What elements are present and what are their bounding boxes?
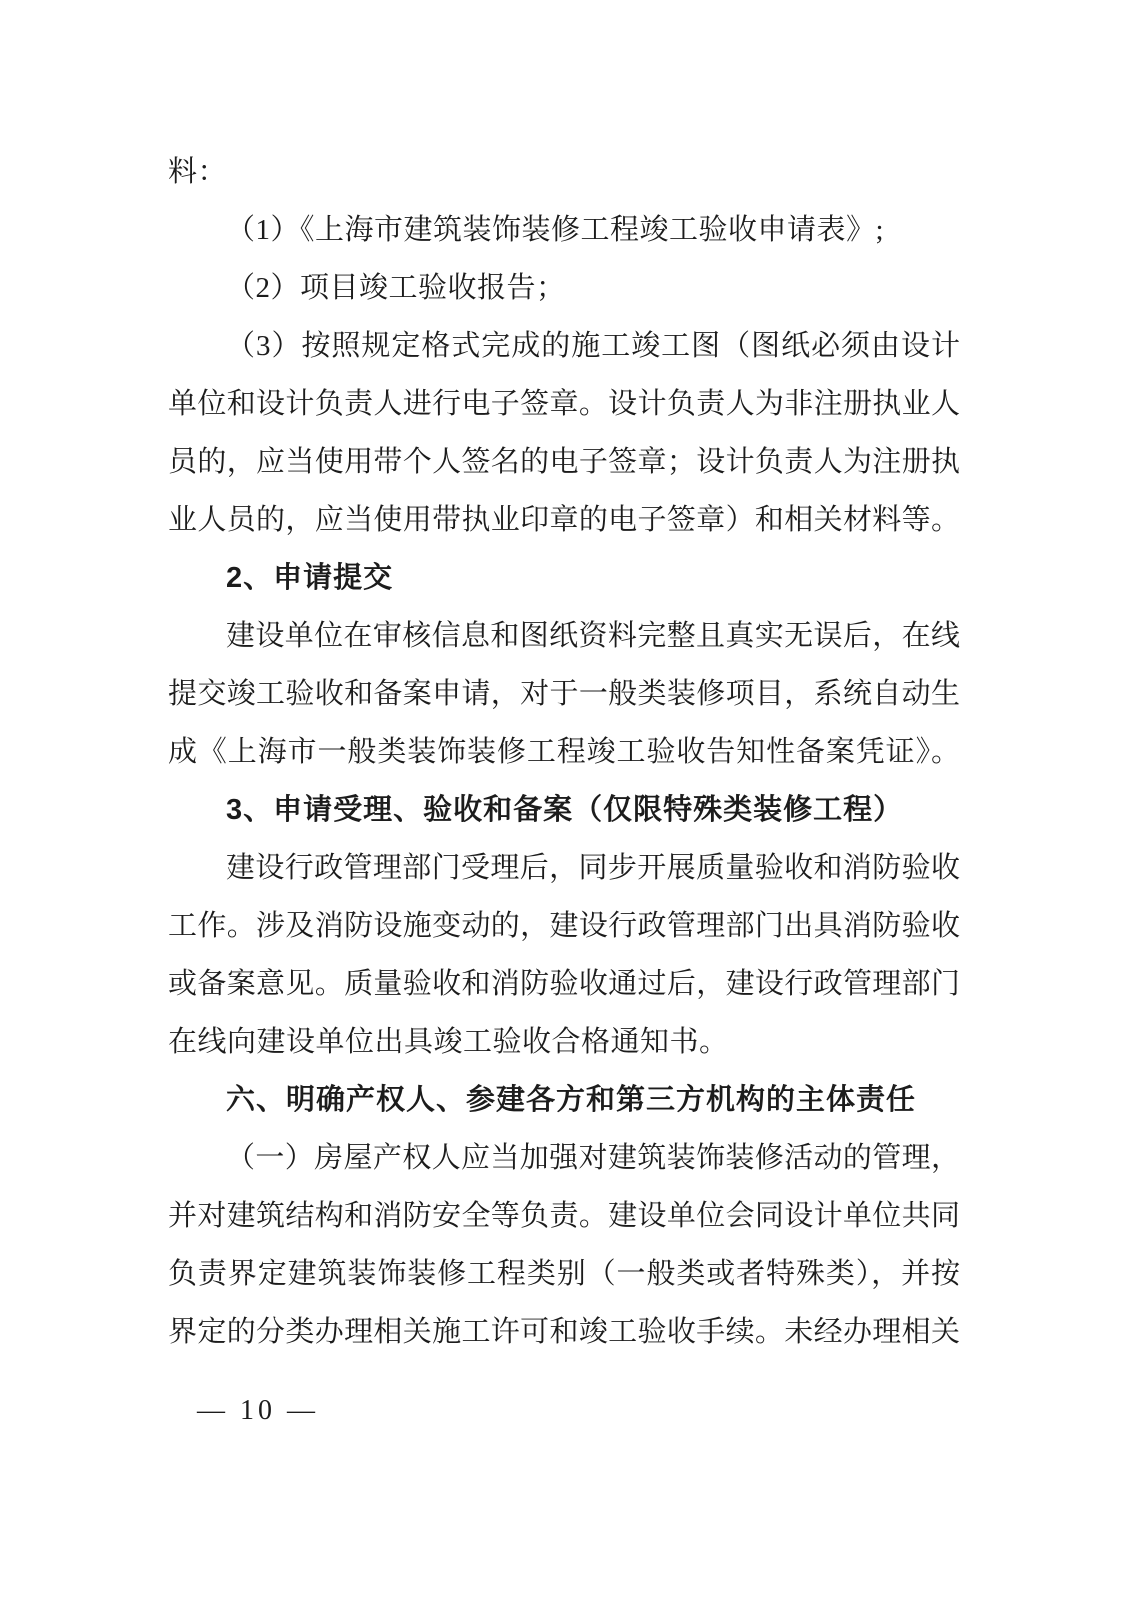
body-line: 在线向建设单位出具竣工验收合格通知书。: [168, 1013, 960, 1071]
body-line: 料：: [168, 143, 960, 201]
list-item-line: （2）项目竣工验收报告；: [168, 259, 960, 317]
body-line: 负责界定建筑装饰装修工程类别（一般类或者特殊类），并按: [168, 1245, 960, 1303]
body-line: 单位和设计负责人进行电子签章。设计负责人为非注册执业人: [168, 375, 960, 433]
body-line: 界定的分类办理相关施工许可和竣工验收手续。未经办理相关: [168, 1303, 960, 1361]
body-line: 提交竣工验收和备案申请，对于一般类装修项目，系统自动生: [168, 665, 960, 723]
document-body: 料： （1）《上海市建筑装饰装修工程竣工验收申请表》; （2）项目竣工验收报告；…: [168, 143, 960, 1361]
list-item-line: （3）按照规定格式完成的施工竣工图（图纸必须由设计: [168, 317, 960, 375]
document-page: 料： （1）《上海市建筑装饰装修工程竣工验收申请表》; （2）项目竣工验收报告；…: [0, 0, 1131, 1600]
body-line: 员的，应当使用带个人签名的电子签章；设计负责人为注册执: [168, 433, 960, 491]
section-heading: 六、明确产权人、参建各方和第三方机构的主体责任: [168, 1071, 960, 1129]
body-line: 建设行政管理部门受理后，同步开展质量验收和消防验收: [168, 839, 960, 897]
body-line: 并对建筑结构和消防安全等负责。建设单位会同设计单位共同: [168, 1187, 960, 1245]
page-number: — 10 —: [197, 1394, 319, 1428]
body-line: 成《上海市一般类装饰装修工程竣工验收告知性备案凭证》。: [168, 723, 960, 781]
list-item-line: （1）《上海市建筑装饰装修工程竣工验收申请表》;: [168, 201, 960, 259]
body-line: 或备案意见。质量验收和消防验收通过后，建设行政管理部门: [168, 955, 960, 1013]
body-line: 建设单位在审核信息和图纸资料完整且真实无误后，在线: [168, 607, 960, 665]
body-line: 业人员的，应当使用带执业印章的电子签章）和相关材料等。: [168, 491, 960, 549]
section-heading: 2、申请提交: [168, 549, 960, 607]
section-heading: 3、申请受理、验收和备案（仅限特殊类装修工程）: [168, 781, 960, 839]
body-line: （一）房屋产权人应当加强对建筑装饰装修活动的管理，: [168, 1129, 960, 1187]
body-line: 工作。涉及消防设施变动的，建设行政管理部门出具消防验收: [168, 897, 960, 955]
